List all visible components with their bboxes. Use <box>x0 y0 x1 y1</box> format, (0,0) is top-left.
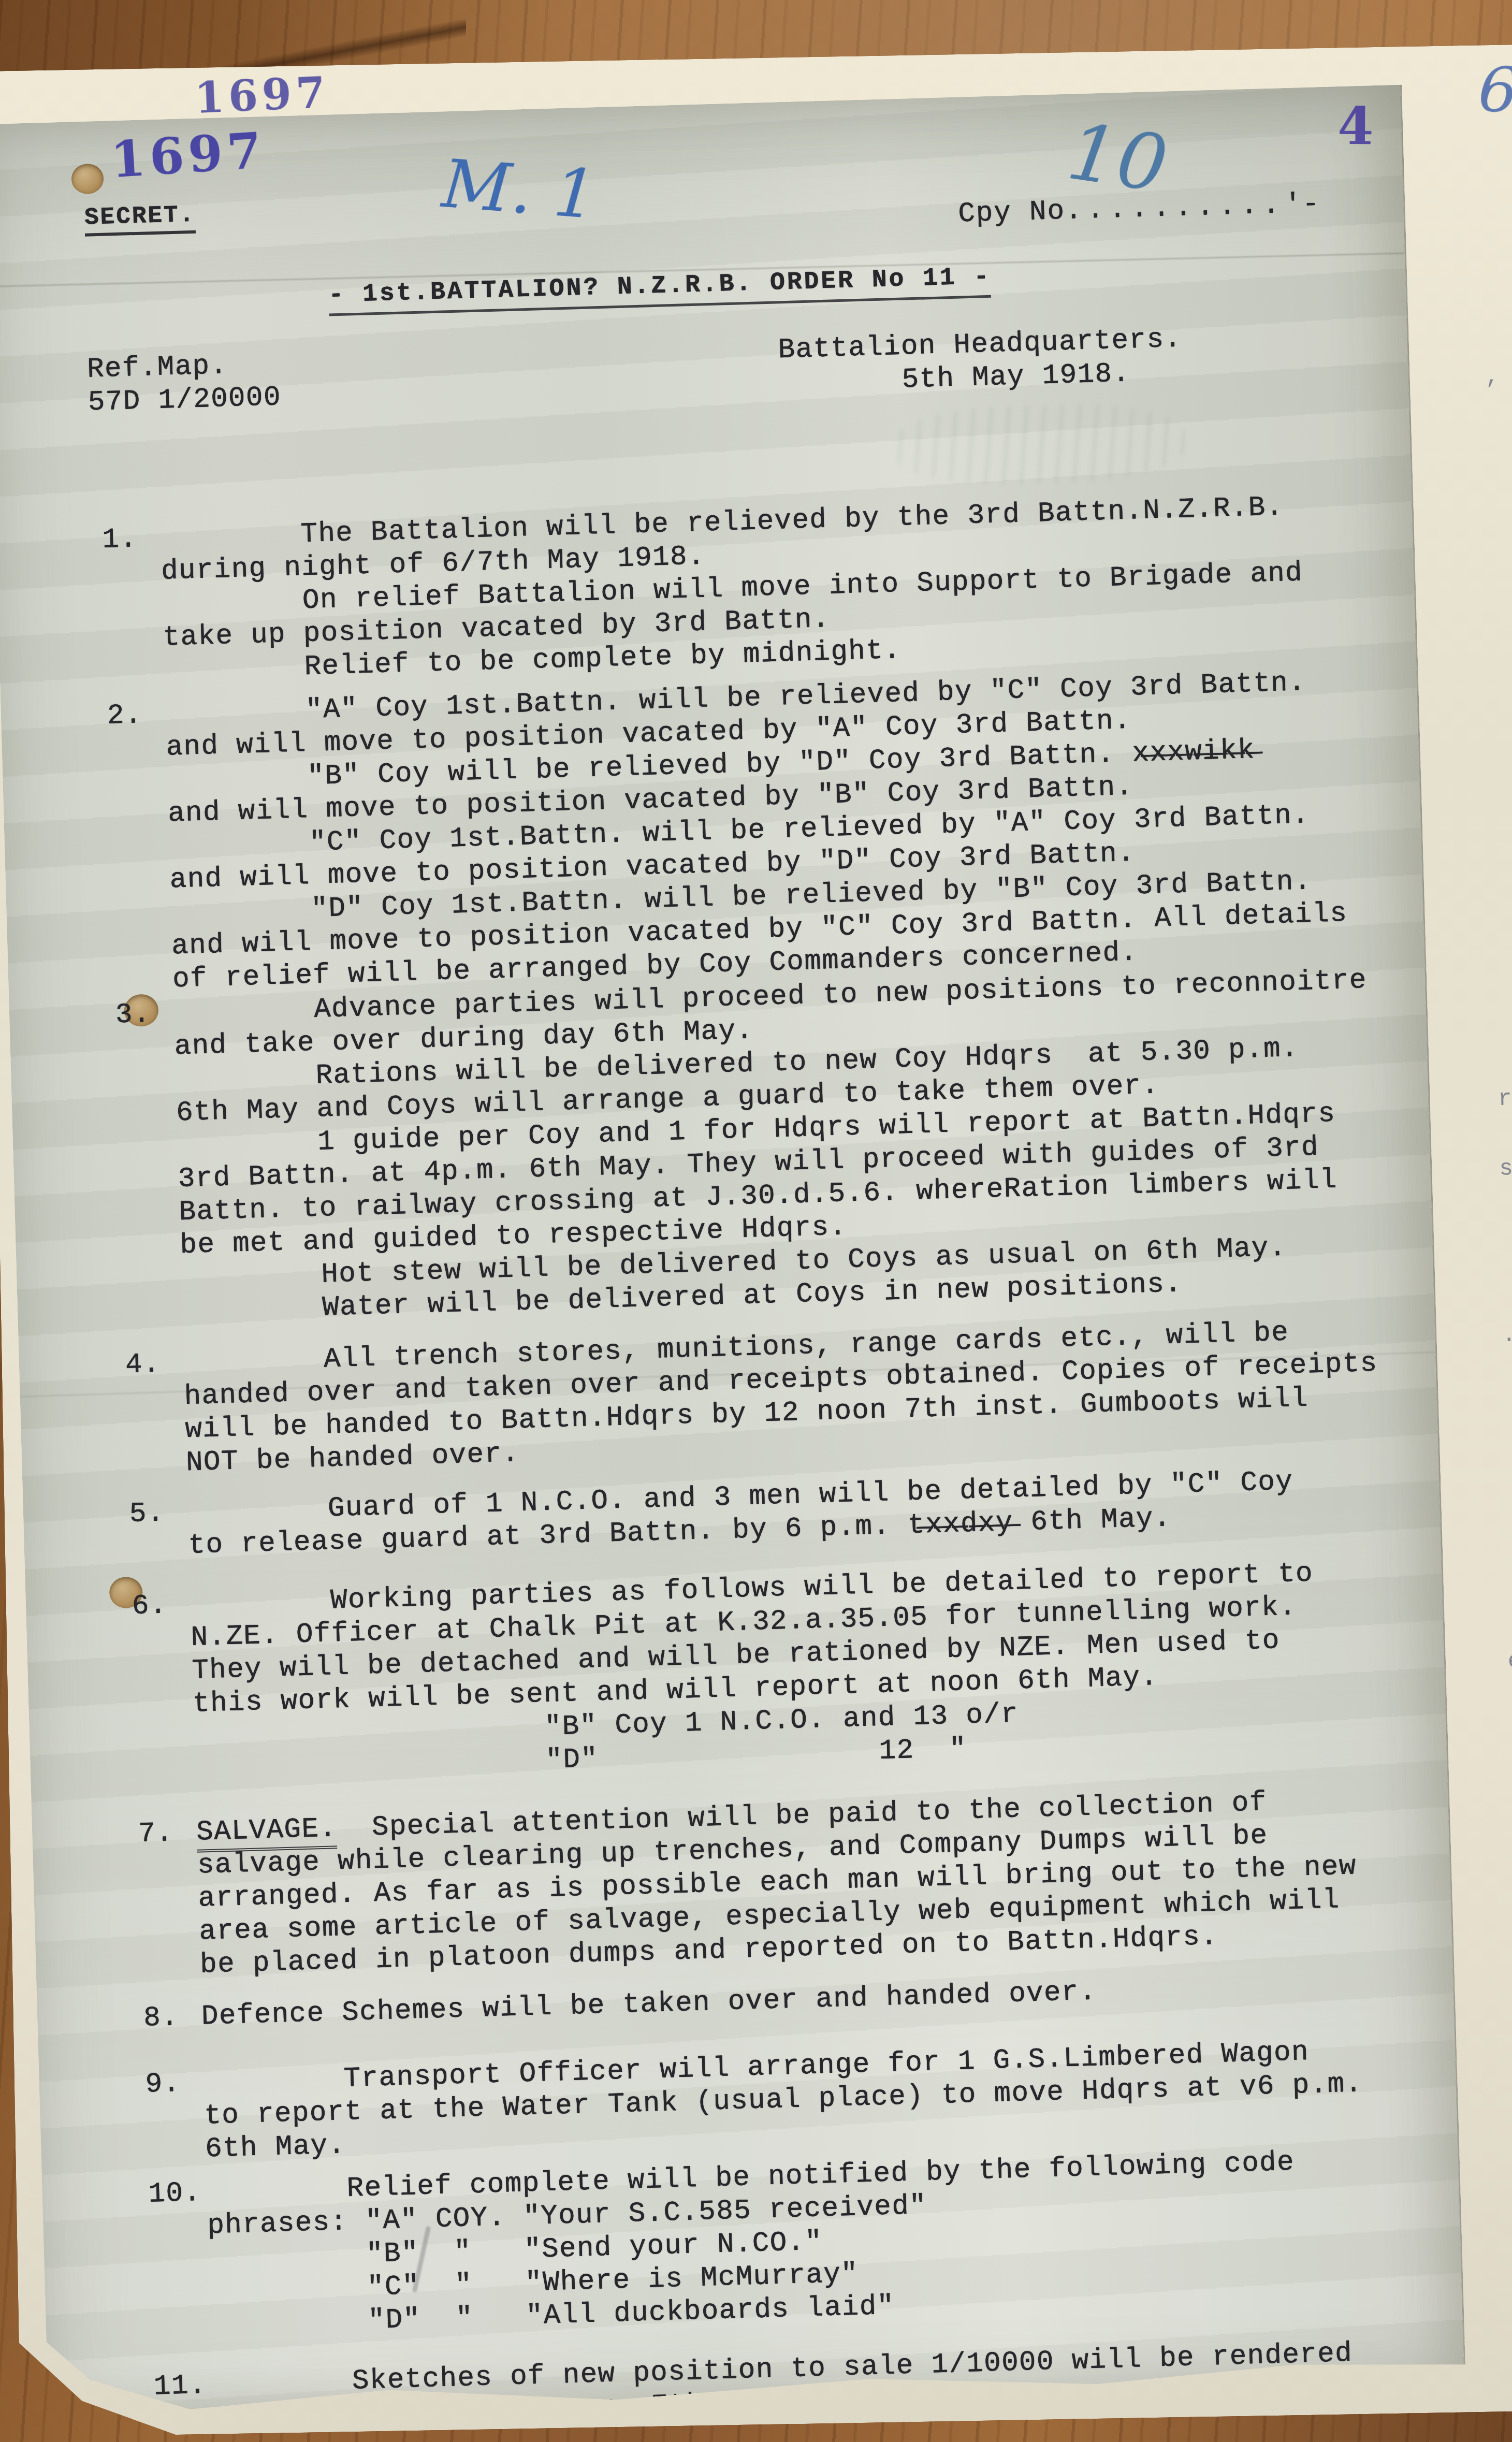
archive-number-stamp: 1697 <box>109 121 268 190</box>
paragraph: 10. Relief complete will be notified by … <box>148 2143 1431 2344</box>
paragraph-number: 8. <box>143 2001 202 2036</box>
bleed-fragment: ed <box>1508 1648 1512 1675</box>
paragraph-number: 9. <box>145 2067 204 2102</box>
headquarters-dateline: Battalion Headquarters. 5th May 1918. <box>778 323 1183 401</box>
paragraph: 4. All trench stores, munitions, range c… <box>125 1313 1407 1481</box>
reference-map-block: Ref.Map.57D 1/20000 <box>86 348 281 419</box>
paragraph: 7.SALVAGE. Special attention will be pai… <box>138 1782 1421 1984</box>
paragraph-number: 10. <box>148 2177 207 2212</box>
paragraph-text: Advance parties will proceed to new posi… <box>173 964 1403 1329</box>
paragraph-text: "A" Coy 1st.Battn. will be relieved by "… <box>165 664 1393 997</box>
paragraph: 2. "A" Coy 1st.Battn. will be relieved b… <box>107 664 1393 998</box>
bleed-fragment: s <box>1499 1156 1512 1182</box>
paragraph-text: Guard of 1 N.C.O. and 3 men will be deta… <box>187 1462 1409 1563</box>
bleed-through-smudge <box>894 402 1186 488</box>
document-page: 1697 SECRET. M. 1 Cpy No..........'- 10 … <box>0 85 1466 2423</box>
bleed-fragment: r <box>1498 1086 1512 1112</box>
classification-label: SECRET. <box>84 201 196 237</box>
handwritten-file-mark: M. 1 <box>440 144 600 234</box>
page-number: 4 <box>1337 95 1374 156</box>
paragraph-text: SALVAGE. Special attention will be paid … <box>196 1782 1421 1982</box>
archive-number-stamp-under: 1697 <box>194 68 330 123</box>
order-paragraphs: 1. The Battalion will be relieved by the… <box>102 488 1434 2437</box>
paragraph-number: 6. <box>132 1589 191 1623</box>
bleed-fragment: , <box>1485 364 1499 390</box>
paragraph-text: The Battalion will be relieved by the 3r… <box>160 488 1385 688</box>
paragraph-text: Working parties as follows will be detai… <box>190 1554 1416 1787</box>
reference-map-scale: 57D 1/20000 <box>88 381 282 419</box>
copy-number-trailer: '- <box>1284 188 1320 221</box>
paragraph-number: 4. <box>125 1347 184 1382</box>
photo-canvas: 1697 6 ,rs.m.edn.d 1697 SECRET. M. 1 Cpy… <box>0 0 1512 2442</box>
paragraph-number: 7. <box>138 1816 197 1851</box>
paragraph: 1. The Battalion will be relieved by the… <box>102 488 1385 690</box>
paragraph-number: 5. <box>129 1496 188 1531</box>
paragraph-number: 2. <box>107 699 166 733</box>
paragraph: 5. Guard of 1 N.C.O. and 3 men will be d… <box>129 1462 1409 1564</box>
paragraph-text: All trench stores, munitions, range card… <box>183 1313 1407 1480</box>
salvage-heading: SALVAGE. <box>196 1813 337 1853</box>
copy-number-label: Cpy No <box>958 196 1066 230</box>
bleed-fragment: .m. <box>1502 1322 1512 1348</box>
paragraph: 6. Working parties as follows will be de… <box>132 1554 1416 1789</box>
handwritten-corner-number: 6 <box>1476 53 1512 127</box>
reference-map-label: Ref.Map. <box>86 348 281 386</box>
paragraph: 3. Advance parties will proceed to new p… <box>115 964 1403 1331</box>
handwritten-copy-number: 10 <box>1062 107 1173 210</box>
paragraph-number: 3. <box>115 997 174 1032</box>
paragraph-number: 1. <box>102 522 161 557</box>
paragraph-text: Relief complete will be notified by the … <box>206 2143 1431 2343</box>
punch-hole <box>71 164 104 195</box>
paragraph-number: 11. <box>153 2369 212 2404</box>
paragraph-text: Transport Officer will arrange for 1 G.S… <box>203 2033 1426 2167</box>
